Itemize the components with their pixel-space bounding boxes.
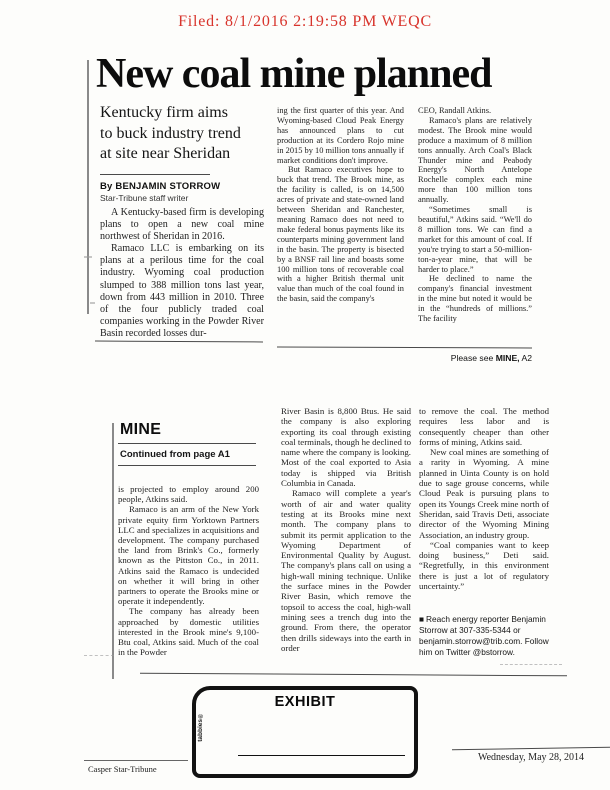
jump-column-1: is projected to employ around 200 people… bbox=[118, 484, 259, 657]
byline: By BENJAMIN STORROW bbox=[100, 181, 220, 192]
article-bottom-rule bbox=[140, 673, 567, 677]
jump-prefix: Please see bbox=[451, 353, 496, 363]
paragraph: New coal mines are something of a rarity… bbox=[419, 447, 549, 540]
paragraph: The company has already been approached … bbox=[118, 606, 259, 657]
newspaper-name: Casper Star-Tribune bbox=[88, 764, 157, 774]
paragraph: Ramaco will complete a year's worth of a… bbox=[281, 488, 411, 653]
article-divider-rule bbox=[277, 347, 532, 349]
filed-stamp: Filed: 8/1/2016 2:19:58 PM WEQC bbox=[0, 13, 610, 31]
paragraph: Ramaco's plans are relatively modest. Th… bbox=[418, 116, 532, 205]
jump-column-3: to remove the coal. The method requires … bbox=[419, 406, 549, 591]
paragraph: is projected to employ around 200 people… bbox=[118, 484, 259, 504]
paragraph: A Kentucky-based firm is developing plan… bbox=[100, 207, 264, 243]
subhead-line: at site near Sheridan bbox=[100, 144, 272, 165]
scan-artifact bbox=[90, 302, 95, 304]
footer-right-rule bbox=[452, 747, 610, 751]
reporter-tagline: ■Reach energy reporter Benjamin Storrow … bbox=[419, 614, 560, 658]
jump-slug: MINE, bbox=[496, 353, 520, 363]
scan-artifact bbox=[84, 655, 114, 656]
paragraph: CEO, Randall Atkins. bbox=[418, 106, 532, 116]
paragraph: “Coal companies want to keep doing busin… bbox=[419, 540, 549, 591]
column-divider-rule bbox=[112, 423, 114, 679]
front-column-1: A Kentucky-based firm is developing plan… bbox=[100, 207, 264, 340]
byline-rule bbox=[100, 174, 210, 175]
tagline-text: Reach energy reporter Benjamin Storrow a… bbox=[419, 614, 549, 657]
article-divider-rule bbox=[95, 341, 263, 343]
byline-title: Star-Tribune staff writer bbox=[100, 193, 188, 203]
footer-left-rule bbox=[84, 760, 188, 761]
continued-from-line: Continued from page A1 bbox=[120, 449, 230, 460]
paragraph: to remove the coal. The method requires … bbox=[419, 406, 549, 447]
paragraph: Ramaco LLC is embarking on its plans at … bbox=[100, 243, 264, 340]
slug-rule bbox=[118, 465, 256, 466]
scan-artifact bbox=[84, 256, 92, 258]
paragraph: ing the first quarter of this year. And … bbox=[277, 106, 404, 165]
exhibit-write-in-line bbox=[238, 755, 405, 757]
headline: New coal mine planned bbox=[96, 50, 492, 98]
scan-artifact bbox=[500, 664, 562, 665]
paragraph: River Basin is 8,800 Btus. He said the c… bbox=[281, 406, 411, 488]
jump-line: Please see MINE, A2 bbox=[400, 353, 532, 363]
subhead: Kentucky firm aimsto buck industry trend… bbox=[100, 103, 272, 165]
exhibit-brand-label: tabbies® bbox=[197, 712, 204, 742]
front-column-2: ing the first quarter of this year. And … bbox=[277, 106, 404, 304]
front-column-3: CEO, Randall Atkins.Ramaco's plans are r… bbox=[418, 106, 532, 324]
paragraph: But Ramaco executives hope to buck that … bbox=[277, 165, 404, 304]
slug-rule bbox=[118, 443, 256, 444]
paragraph: He declined to name the company's financ… bbox=[418, 274, 532, 324]
issue-date: Wednesday, May 28, 2014 bbox=[452, 752, 610, 763]
exhibit-label: EXHIBIT bbox=[196, 694, 414, 710]
jump-page: A2 bbox=[520, 353, 532, 363]
subhead-line: Kentucky firm aims bbox=[100, 103, 272, 124]
newspaper-scan-page: Filed: 8/1/2016 2:19:58 PM WEQC New coal… bbox=[0, 0, 610, 790]
exhibit-stamp: EXHIBIT tabbies® bbox=[192, 686, 418, 778]
jump-column-2: River Basin is 8,800 Btus. He said the c… bbox=[281, 406, 411, 653]
subhead-line: to buck industry trend bbox=[100, 124, 272, 145]
paragraph: “Sometimes small is beautiful,” Atkins s… bbox=[418, 205, 532, 274]
paragraph: Ramaco is an arm of the New York private… bbox=[118, 504, 259, 606]
column-divider-rule bbox=[87, 60, 89, 314]
jump-article-slug: MINE bbox=[120, 421, 161, 439]
tagline-bullet-icon: ■ bbox=[419, 614, 424, 624]
